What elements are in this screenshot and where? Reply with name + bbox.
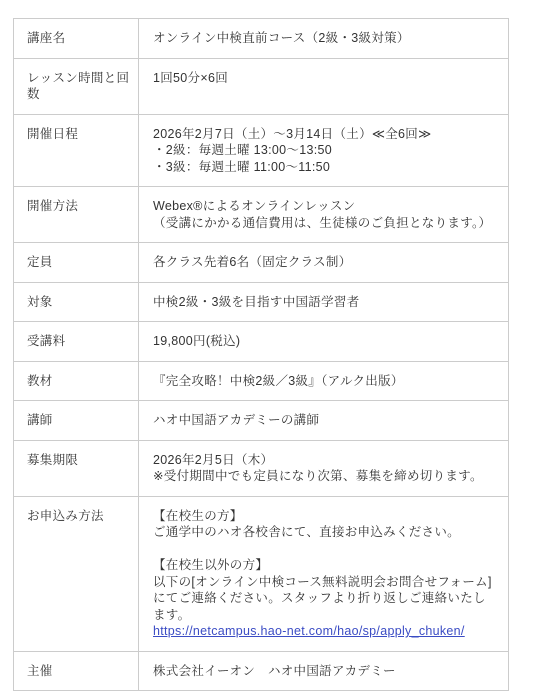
table-row: レッスン時間と回数1回50分×6回	[14, 58, 508, 114]
row-value-cell: 【在校生の方】ご通学中のハオ各校舎にて、直接お申込みください。【在校生以外の方】…	[139, 497, 508, 651]
row-value-cell: 2026年2月5日（木）※受付期間中でも定員になり次第、募集を締め切ります。	[139, 441, 508, 496]
value-text-line: 各クラス先着6名（固定クラス制）	[153, 254, 496, 271]
value-text-line: 2026年2月7日（土）〜3月14日（土）≪全6回≫	[153, 126, 496, 143]
row-value-cell: オンライン中検直前コース（2級・3級対策）	[139, 19, 508, 58]
table-row: 受講料19,800円(税込)	[14, 321, 508, 361]
value-text-line: 以下の[オンライン中検コース無料説明会お問合せフォーム]にてご連絡ください。スタ…	[153, 574, 496, 624]
row-header-label: 教材	[14, 362, 139, 401]
table-row: 主催株式会社イーオン ハオ中国語アカデミー	[14, 651, 508, 691]
value-text-line: オンライン中検直前コース（2級・3級対策）	[153, 30, 496, 47]
row-value-cell: 19,800円(税込)	[139, 322, 508, 361]
table-row: 定員各クラス先着6名（固定クラス制）	[14, 242, 508, 282]
row-header-label: 主催	[14, 652, 139, 691]
row-value-cell: 株式会社イーオン ハオ中国語アカデミー	[139, 652, 508, 691]
value-text-line: 2026年2月5日（木）	[153, 452, 496, 469]
value-text-line	[153, 541, 496, 558]
value-text-line: ご通学中のハオ各校舎にて、直接お申込みください。	[153, 524, 496, 541]
row-header-label: 対象	[14, 283, 139, 322]
row-value-cell: 1回50分×6回	[139, 59, 508, 114]
row-header-label: 募集期限	[14, 441, 139, 496]
value-text-line: 【在校生以外の方】	[153, 557, 496, 574]
value-text-line: 『完全攻略！中検2級／3級』（アルク出版）	[153, 373, 496, 390]
table-row: 教材『完全攻略！中検2級／3級』（アルク出版）	[14, 361, 508, 401]
row-value-cell: ハオ中国語アカデミーの講師	[139, 401, 508, 440]
value-text-line: 【在校生の方】	[153, 508, 496, 525]
row-header-label: お申込み方法	[14, 497, 139, 651]
row-header-label: 定員	[14, 243, 139, 282]
row-header-label: 開催方法	[14, 187, 139, 242]
table-row: 募集期限2026年2月5日（木）※受付期間中でも定員になり次第、募集を締め切りま…	[14, 440, 508, 496]
row-value-cell: 中検2級・3級を目指す中国語学習者	[139, 283, 508, 322]
row-value-cell: Webex®によるオンラインレッスン（受講にかかる通信費用は、生徒様のご負担とな…	[139, 187, 508, 242]
value-text-line: ・3級：毎週土曜 11:00〜11:50	[153, 159, 496, 176]
row-header-label: 講師	[14, 401, 139, 440]
row-value-cell: 2026年2月7日（土）〜3月14日（土）≪全6回≫・2級：毎週土曜 13:00…	[139, 115, 508, 187]
value-text-line: ※受付期間中でも定員になり次第、募集を締め切ります。	[153, 468, 496, 485]
row-value-cell: 各クラス先着6名（固定クラス制）	[139, 243, 508, 282]
value-text-line: 19,800円(税込)	[153, 333, 496, 350]
table-row: 開催日程2026年2月7日（土）〜3月14日（土）≪全6回≫・2級：毎週土曜 1…	[14, 114, 508, 187]
row-header-label: レッスン時間と回数	[14, 59, 139, 114]
course-info-table: 講座名オンライン中検直前コース（2級・3級対策）レッスン時間と回数1回50分×6…	[13, 18, 509, 691]
row-header-label: 講座名	[14, 19, 139, 58]
apply-form-link[interactable]: https://netcampus.hao-net.com/hao/sp/app…	[153, 623, 465, 640]
row-header-label: 受講料	[14, 322, 139, 361]
table-row: 講師ハオ中国語アカデミーの講師	[14, 400, 508, 440]
value-text-line: ハオ中国語アカデミーの講師	[153, 412, 496, 429]
value-text-line: 株式会社イーオン ハオ中国語アカデミー	[153, 663, 496, 680]
table-row: 開催方法Webex®によるオンラインレッスン（受講にかかる通信費用は、生徒様のご…	[14, 186, 508, 242]
value-text-line: （受講にかかる通信費用は、生徒様のご負担となります。）	[153, 215, 496, 232]
table-row: お申込み方法【在校生の方】ご通学中のハオ各校舎にて、直接お申込みください。【在校…	[14, 496, 508, 651]
table-row: 講座名オンライン中検直前コース（2級・3級対策）	[14, 19, 508, 58]
value-text-line: ・2級：毎週土曜 13:00〜13:50	[153, 142, 496, 159]
table-row: 対象中検2級・3級を目指す中国語学習者	[14, 282, 508, 322]
value-text-line: Webex®によるオンラインレッスン	[153, 198, 496, 215]
value-text-line: 中検2級・3級を目指す中国語学習者	[153, 294, 496, 311]
row-value-cell: 『完全攻略！中検2級／3級』（アルク出版）	[139, 362, 508, 401]
row-header-label: 開催日程	[14, 115, 139, 187]
value-text-line: 1回50分×6回	[153, 70, 496, 87]
